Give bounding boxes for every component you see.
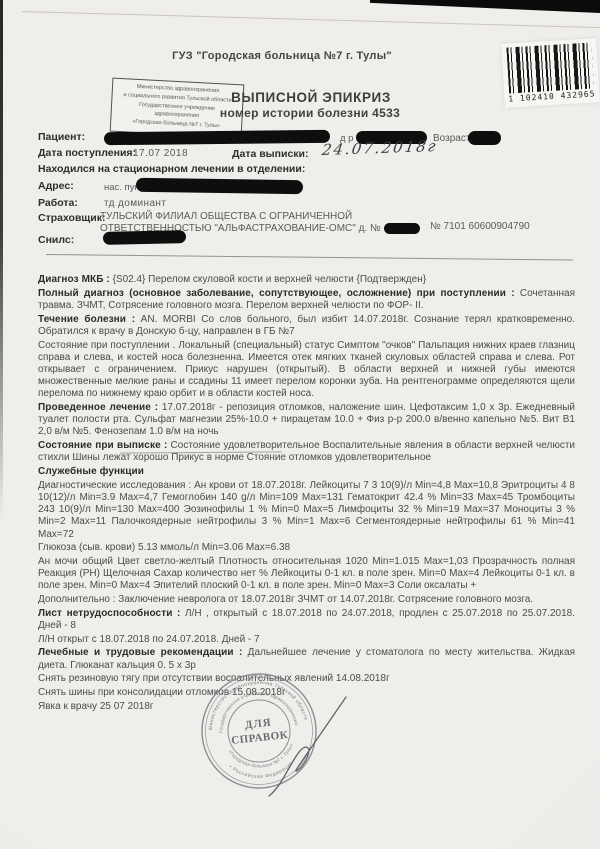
- insurer-line1: ТУЛЬСКИЙ ФИЛИАЛ ОБЩЕСТВА С ОГРАНИЧЕННОЙ: [100, 211, 352, 222]
- scan-left-edge: [0, 0, 3, 520]
- paragraph-service-functions: Служебные функции: [38, 466, 575, 478]
- paragraph-diagnosis-mkb: Диагноз МКБ : {S02.4} Перелом скуловой к…: [38, 274, 575, 286]
- paragraph-treatment: Проведенное лечение : 17.07.2018г - репо…: [38, 402, 575, 439]
- patient-label: Пациент:: [38, 131, 85, 143]
- admission-date-label: Дата поступления:: [38, 147, 136, 159]
- scan-edge-band: [370, 0, 600, 13]
- department-line: Находился на стационарном лечении в отде…: [38, 163, 305, 175]
- paragraph-additional: Дополнительно : Заключение невролога от …: [38, 594, 575, 606]
- age-label: Возраст: [433, 133, 470, 144]
- paragraph-full-diagnosis: Полный диагноз (основное заболевание, со…: [38, 288, 575, 312]
- policy-redaction: [384, 223, 420, 234]
- epicrisis-body: Диагноз МКБ : {S02.4} Перелом скуловой к…: [38, 274, 575, 714]
- paragraph-urine-test: Ан мочи общий Цвет светло-желтый Плотнос…: [38, 556, 575, 593]
- paragraph-glucose: Глюкоза (сыв. крови) 5.13 ммоль/л Min=3.…: [38, 542, 575, 554]
- paragraph-disease-course: Течение болезни : AN. MORBI Со слов боль…: [38, 314, 575, 338]
- paragraph-sick-leave: Лист нетрудоспособности : Л/Н , открытый…: [38, 608, 575, 632]
- discharge-date-label: Дата выписки:: [232, 148, 308, 160]
- snils-label: Снилс:: [38, 234, 74, 246]
- paragraph-sick-leave-2: Л/Н открыт с 18.07.2018 по 24.07.2018. Д…: [38, 634, 575, 646]
- admission-date-value: 17.07 2018: [133, 148, 188, 159]
- signature-stroke: [269, 697, 346, 796]
- policy-number: № 7101 60600904790: [430, 221, 530, 232]
- address-redaction: [136, 178, 303, 194]
- section-divider: [46, 254, 573, 261]
- signature: [240, 683, 358, 801]
- work-label: Работа:: [38, 197, 78, 209]
- paragraph-admission-state: Состояние при поступлении . Локальный (с…: [38, 340, 575, 401]
- barcode-bars: [506, 42, 594, 93]
- case-number-line: номер истории болезни 4533: [0, 106, 600, 120]
- age-redaction: [468, 131, 501, 145]
- discharge-date-handwritten: 24.07.2018г: [321, 137, 439, 159]
- paragraph-discharge-state: Состояние при выписке : Состояние удовле…: [38, 440, 575, 464]
- snils-redaction: [103, 230, 186, 245]
- work-value: тд доминант: [104, 198, 166, 209]
- patient-name-redaction: [104, 130, 330, 145]
- barcode: 1 102410 432965: [501, 38, 600, 108]
- scan-paper-edge-line: [22, 11, 600, 28]
- address-label: Адрес:: [38, 180, 74, 192]
- paragraph-blood-test: Диагностические исследования : Ан крови …: [38, 480, 575, 541]
- insurer-label: Страховщик:: [38, 212, 106, 224]
